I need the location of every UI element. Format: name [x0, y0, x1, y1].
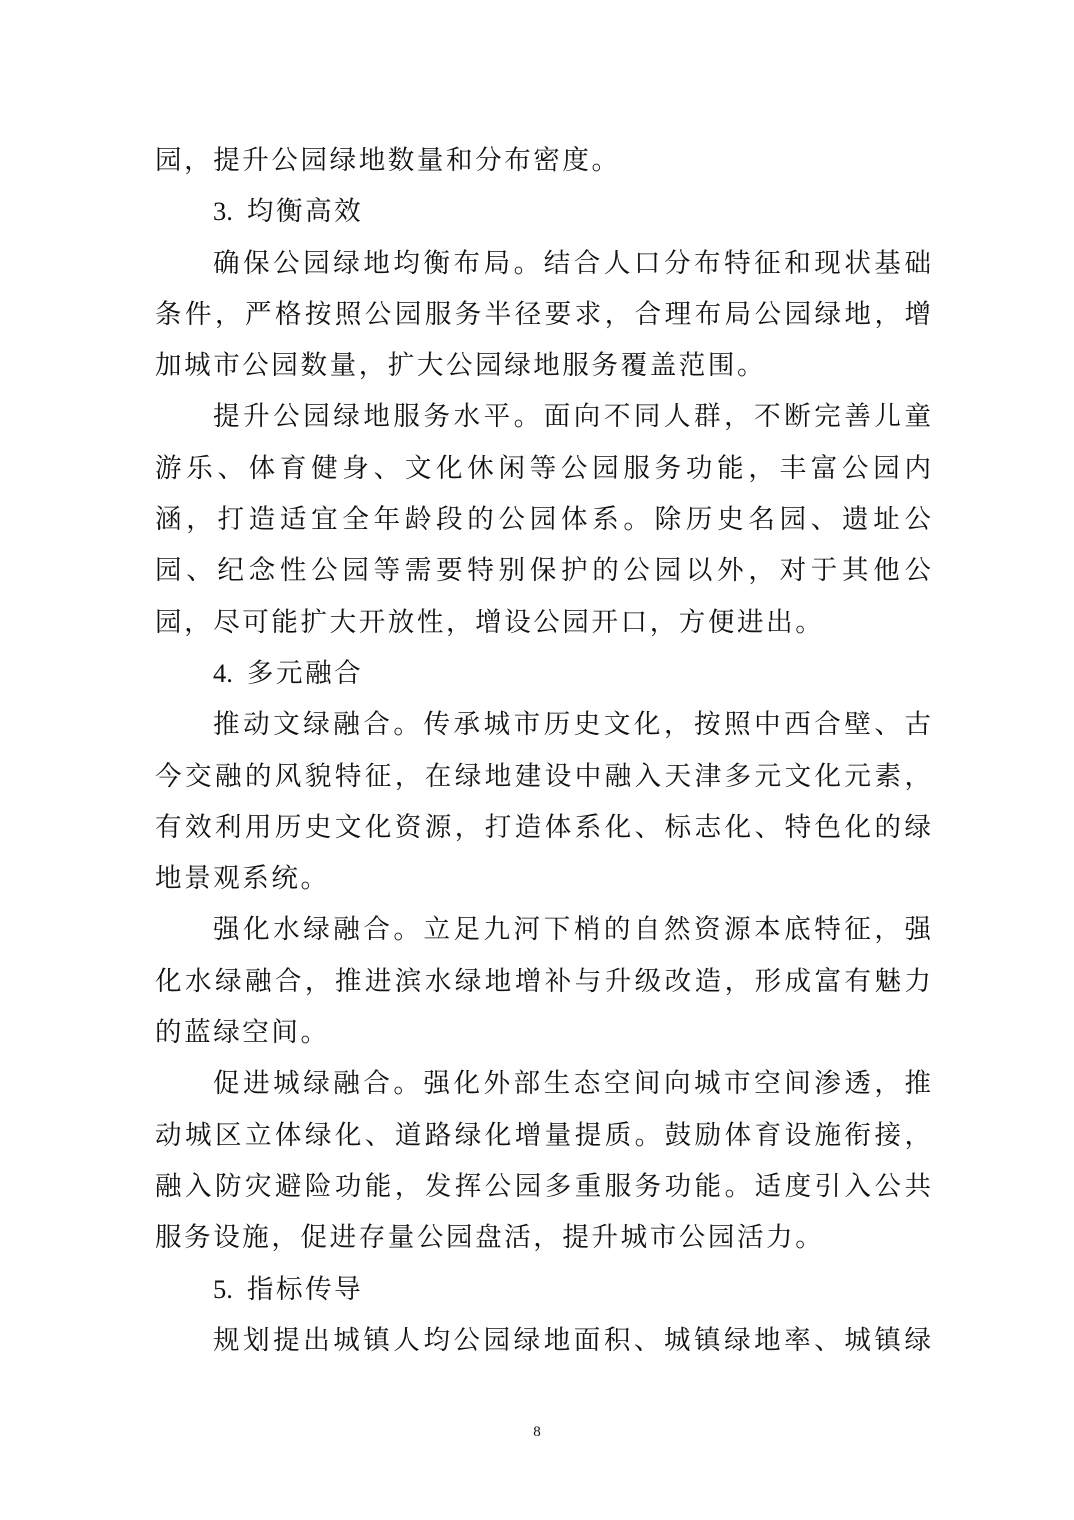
- paragraph-line: 确保公园绿地均衡布局。结合人口分布特征和现状基础: [155, 238, 931, 289]
- paragraph-line: 动城区立体绿化、道路绿化增量提质。鼓励体育设施衔接，: [155, 1110, 931, 1161]
- paragraph-line: 规划提出城镇人均公园绿地面积、城镇绿地率、城镇绿: [155, 1315, 931, 1366]
- paragraph-line: 融入防灾避险功能，发挥公园多重服务功能。适度引入公共: [155, 1161, 931, 1212]
- paragraph-line: 园，提升公园绿地数量和分布密度。: [155, 135, 931, 186]
- paragraph-line: 有效利用历史文化资源，打造体系化、标志化、特色化的绿: [155, 802, 931, 853]
- paragraph-line: 的蓝绿空间。: [155, 1007, 931, 1058]
- page-number: 8: [0, 1424, 1074, 1441]
- paragraph-line: 游乐、体育健身、文化休闲等公园服务功能，丰富公园内: [155, 443, 931, 494]
- heading-title: 均衡高效: [247, 196, 363, 227]
- paragraph-line: 化水绿融合，推进滨水绿地增补与升级改造，形成富有魅力: [155, 956, 931, 1007]
- section-heading-4: 4.多元融合: [155, 648, 931, 699]
- heading-title: 多元融合: [247, 658, 363, 689]
- paragraph-line: 提升公园绿地服务水平。面向不同人群，不断完善儿童: [155, 391, 931, 442]
- paragraph-line: 涵，打造适宜全年龄段的公园体系。除历史名园、遗址公: [155, 494, 931, 545]
- paragraph-line: 加城市公园数量，扩大公园绿地服务覆盖范围。: [155, 340, 931, 391]
- heading-number: 4.: [213, 658, 233, 688]
- paragraph-line: 促进城绿融合。强化外部生态空间向城市空间渗透，推: [155, 1058, 931, 1109]
- paragraph-line: 今交融的风貌特征，在绿地建设中融入天津多元文化元素，: [155, 751, 931, 802]
- paragraph-line: 条件，严格按照公园服务半径要求，合理布局公园绿地，增: [155, 289, 931, 340]
- section-heading-5: 5.指标传导: [155, 1264, 931, 1315]
- heading-number: 3.: [213, 196, 233, 226]
- document-page-body: 园，提升公园绿地数量和分布密度。 3.均衡高效 确保公园绿地均衡布局。结合人口分…: [155, 135, 931, 1366]
- paragraph-line: 推动文绿融合。传承城市历史文化，按照中西合壁、古: [155, 699, 931, 750]
- paragraph-line: 园、纪念性公园等需要特别保护的公园以外，对于其他公: [155, 545, 931, 596]
- paragraph-line: 强化水绿融合。立足九河下梢的自然资源本底特征，强: [155, 904, 931, 955]
- section-heading-3: 3.均衡高效: [155, 186, 931, 237]
- paragraph-line: 地景观系统。: [155, 853, 931, 904]
- heading-title: 指标传导: [247, 1274, 363, 1305]
- paragraph-line: 服务设施，促进存量公园盘活，提升城市公园活力。: [155, 1212, 931, 1263]
- paragraph-line: 园，尽可能扩大开放性，增设公园开口，方便进出。: [155, 597, 931, 648]
- heading-number: 5.: [213, 1274, 233, 1304]
